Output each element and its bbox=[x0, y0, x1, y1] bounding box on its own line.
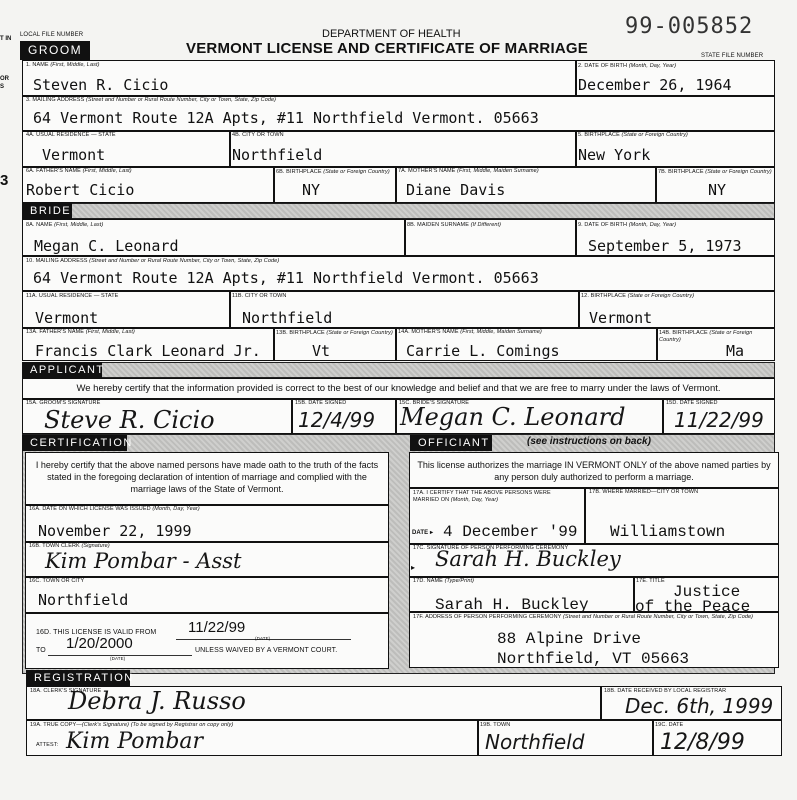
groom-father: Robert Cicio bbox=[26, 183, 134, 198]
groom-mother: Diane Davis bbox=[406, 183, 505, 198]
bride-mother-hint: (First, Middle, Maiden Surname) bbox=[460, 329, 542, 335]
local-file-number-label: LOCAL FILE NUMBER bbox=[20, 32, 83, 38]
officiant-instructions: (see instructions on back) bbox=[527, 436, 651, 447]
groom-address-label: 3. MAILING ADDRESS bbox=[26, 97, 84, 103]
groom-city-label: 4b. CITY OR TOWN bbox=[232, 133, 284, 139]
groom-mother-birthplace: NY bbox=[708, 183, 726, 198]
document-title: VERMONT LICENSE AND CERTIFICATE OF MARRI… bbox=[186, 40, 588, 57]
groom-mother-hint: (First, Middle, Maiden Surname) bbox=[457, 168, 539, 174]
bride-mother-label: 14a. MOTHER'S NAME bbox=[398, 329, 459, 335]
applicant-bar bbox=[22, 362, 775, 378]
valid-from-date-caption: (DATE) bbox=[255, 637, 270, 642]
registration-town-label: 19b. TOWN bbox=[480, 723, 510, 729]
margin-text: S bbox=[0, 84, 4, 90]
license-issued-date: November 22, 1999 bbox=[38, 524, 192, 539]
officiant-name: Sarah H. Buckley bbox=[435, 597, 589, 613]
license-issued-label: 16a. DATE ON WHICH LICENSE WAS ISSUED bbox=[29, 506, 151, 512]
bride-date-signed: 11/22/99 bbox=[674, 410, 764, 430]
margin-text: T IN bbox=[0, 36, 11, 42]
groom-dob-hint: (Month, Day, Year) bbox=[629, 63, 676, 69]
officiant-section-header: OFFICIANT bbox=[410, 435, 492, 451]
bride-bar bbox=[22, 203, 775, 219]
married-on-date: 4 December '99 bbox=[443, 524, 577, 540]
groom-father-hint: (First, Middle, Last) bbox=[83, 168, 132, 174]
groom-mother-birthplace-label: 7b. BIRTHPLACE bbox=[658, 169, 704, 175]
where-married-label: 17b. WHERE MARRIED—CITY OR TOWN bbox=[589, 490, 698, 496]
certification-section-header: CERTIFICATION bbox=[22, 435, 127, 451]
valid-from-date: 11/22/99 bbox=[188, 620, 245, 635]
bride-mother-birthplace: Ma bbox=[726, 344, 744, 359]
bride-address: 64 Vermont Route 12A Apts, #11 Northfiel… bbox=[33, 271, 539, 286]
groom-father-birthplace: NY bbox=[302, 183, 320, 198]
state-file-number: 99-005852 bbox=[625, 14, 753, 39]
bride-father-birthplace-label: 13b. BIRTHPLACE bbox=[276, 330, 325, 336]
registration-town: Northfield bbox=[485, 732, 584, 752]
bride-date-signed-label: 15d. DATE SIGNED bbox=[666, 401, 718, 407]
groom-address: 64 Vermont Route 12A Apts, #11 Northfiel… bbox=[33, 111, 539, 126]
groom-name-hint: (First, Middle, Last) bbox=[50, 62, 99, 68]
bride-mother-birthplace-label: 14b. BIRTHPLACE bbox=[659, 330, 708, 336]
court-waiver-text: UNLESS WAIVED BY A VERMONT COURT. bbox=[195, 647, 337, 654]
groom-name-label: 1. NAME bbox=[26, 62, 49, 68]
bride-father-label: 13a. FATHER'S NAME bbox=[26, 329, 84, 335]
officiant-statement: This license authorizes the marriage IN … bbox=[413, 459, 775, 483]
registration-date-label: 19c. DATE bbox=[655, 723, 683, 729]
registration-date: 12/8/99 bbox=[660, 732, 745, 754]
groom-address-hint: (Street and Number or Rural Route Number… bbox=[86, 97, 276, 103]
applicant-statement: We hereby certify that the information p… bbox=[22, 383, 775, 394]
bride-name: Megan C. Leonard bbox=[34, 239, 179, 254]
town-or-city-label: 16c. TOWN OR CITY bbox=[29, 579, 84, 585]
true-copy-signature: Kim Pombar bbox=[66, 731, 203, 753]
valid-to-date-caption: (DATE) bbox=[110, 657, 125, 662]
bride-city-label: 11b. CITY OR TOWN bbox=[232, 294, 286, 300]
bride-signature: Megan C. Leonard bbox=[400, 405, 626, 429]
attest-label: Attest: bbox=[36, 743, 58, 749]
groom-city: Northfield bbox=[232, 148, 322, 163]
groom-dob: December 26, 1964 bbox=[578, 78, 732, 93]
bride-birthplace: Vermont bbox=[589, 311, 652, 326]
bride-section-header: BRIDE bbox=[22, 203, 72, 219]
groom-father-label: 6a. FATHER'S NAME bbox=[26, 168, 81, 174]
groom-birthplace-hint: (State or Foreign Country) bbox=[622, 132, 689, 138]
valid-to-label: TO bbox=[36, 647, 46, 654]
margin-text: 3 bbox=[0, 172, 8, 189]
town-clerk-signature: Kim Pombar - Asst bbox=[45, 551, 241, 572]
bride-residence-state-label: 11a. USUAL RESIDENCE — STATE bbox=[26, 294, 118, 300]
bride-father-hint: (First, Middle, Last) bbox=[86, 329, 135, 335]
officiant-name-hint: (Type/Print) bbox=[445, 578, 475, 584]
true-copy-hint: —(Clerk's Signature) (To be signed by Re… bbox=[76, 722, 233, 728]
bride-address-label: 10. MAILING ADDRESS bbox=[26, 258, 88, 264]
bride-name-hint: (First, Middle, Last) bbox=[54, 222, 103, 228]
groom-residence-state-label: 4a. USUAL RESIDENCE — STATE bbox=[26, 133, 116, 139]
groom-name: Steven R. Cicio bbox=[33, 78, 168, 93]
groom-mother-birthplace-hint: (State or Foreign Country) bbox=[705, 169, 772, 175]
groom-date-signed-label: 15b. DATE SIGNED bbox=[295, 401, 346, 407]
state-file-number-label: STATE FILE NUMBER bbox=[701, 53, 763, 59]
bride-father: Francis Clark Leonard Jr. bbox=[35, 344, 261, 359]
applicant-section-header: APPLICANT bbox=[22, 362, 102, 378]
officiant-title-label: 17e. TITLE bbox=[636, 579, 665, 585]
groom-mother-label: 7a. MOTHER'S NAME bbox=[398, 168, 455, 174]
bride-dob-label: 9. DATE OF BIRTH bbox=[578, 222, 627, 228]
officiant-address-line2: Northfield, VT 05663 bbox=[497, 651, 689, 667]
valid-to-date: 1/20/2000 bbox=[66, 636, 133, 651]
registration-section-header: REGISTRATION bbox=[26, 670, 130, 686]
groom-section-header: GROOM bbox=[20, 41, 90, 60]
bride-name-label: 8a. NAME bbox=[26, 222, 52, 228]
groom-date-signed: 12/4/99 bbox=[298, 410, 375, 430]
certification-statement: I hereby certify that the above named pe… bbox=[30, 459, 384, 495]
officiant-address-line1: 88 Alpine Drive bbox=[497, 631, 641, 647]
groom-birthplace-label: 5. BIRTHPLACE bbox=[578, 132, 620, 138]
where-married: Williamstown bbox=[610, 524, 725, 540]
officiant-address-label: 17f. ADDRESS OF PERSON PERFORMING CEREMO… bbox=[413, 614, 561, 620]
date-prefix-label: DATE ▸ bbox=[412, 530, 433, 536]
bride-father-birthplace-hint: (State or Foreign Country) bbox=[326, 330, 393, 336]
groom-father-birthplace-hint: (State or Foreign Country) bbox=[323, 169, 390, 175]
license-issued-hint: (Month, Day, Year) bbox=[152, 506, 199, 512]
bride-birthplace-label: 12. BIRTHPLACE bbox=[581, 293, 626, 299]
date-received: Dec. 6th, 1999 bbox=[625, 696, 773, 716]
bride-dob: September 5, 1973 bbox=[588, 239, 742, 254]
groom-signature: Steve R. Cicio bbox=[44, 408, 215, 432]
officiant-address-hint: (Street and Number or Rural Route Number… bbox=[563, 614, 753, 620]
department-heading: DEPARTMENT OF HEALTH bbox=[322, 28, 461, 40]
groom-birthplace: New York bbox=[578, 148, 650, 163]
bride-mother: Carrie L. Comings bbox=[406, 344, 560, 359]
bride-dob-hint: (Month, Day, Year) bbox=[629, 222, 676, 228]
groom-dob-label: 2. DATE OF BIRTH bbox=[578, 63, 627, 69]
bride-residence-state: Vermont bbox=[35, 311, 98, 326]
married-on-hint: (Month, Day, Year) bbox=[451, 497, 498, 503]
clerk-signature: Debra J. Russo bbox=[68, 689, 246, 713]
bride-birthplace-hint: (State or Foreign Country) bbox=[628, 293, 695, 299]
bride-city: Northfield bbox=[242, 311, 332, 326]
officiant-title-line2: of the Peace bbox=[635, 599, 750, 615]
true-copy-label: 19a. TRUE COPY bbox=[30, 722, 76, 728]
bride-address-hint: (Street and Number or Rural Route Number… bbox=[89, 258, 279, 264]
bride-maiden-hint: (If Different) bbox=[471, 222, 501, 228]
groom-residence-state: Vermont bbox=[42, 148, 105, 163]
officiant-signature: Sarah H. Buckley bbox=[435, 549, 621, 570]
bride-father-birthplace: Vt bbox=[312, 344, 330, 359]
margin-text: OR bbox=[0, 76, 9, 82]
town-or-city: Northfield bbox=[38, 593, 128, 608]
groom-father-birthplace-label: 6b. BIRTHPLACE bbox=[276, 169, 322, 175]
officiant-name-label: 17d. NAME bbox=[413, 578, 443, 584]
bride-maiden-label: 8b. MAIDEN SURNAME bbox=[407, 222, 469, 228]
arrow-icon: ▸ bbox=[411, 563, 415, 572]
